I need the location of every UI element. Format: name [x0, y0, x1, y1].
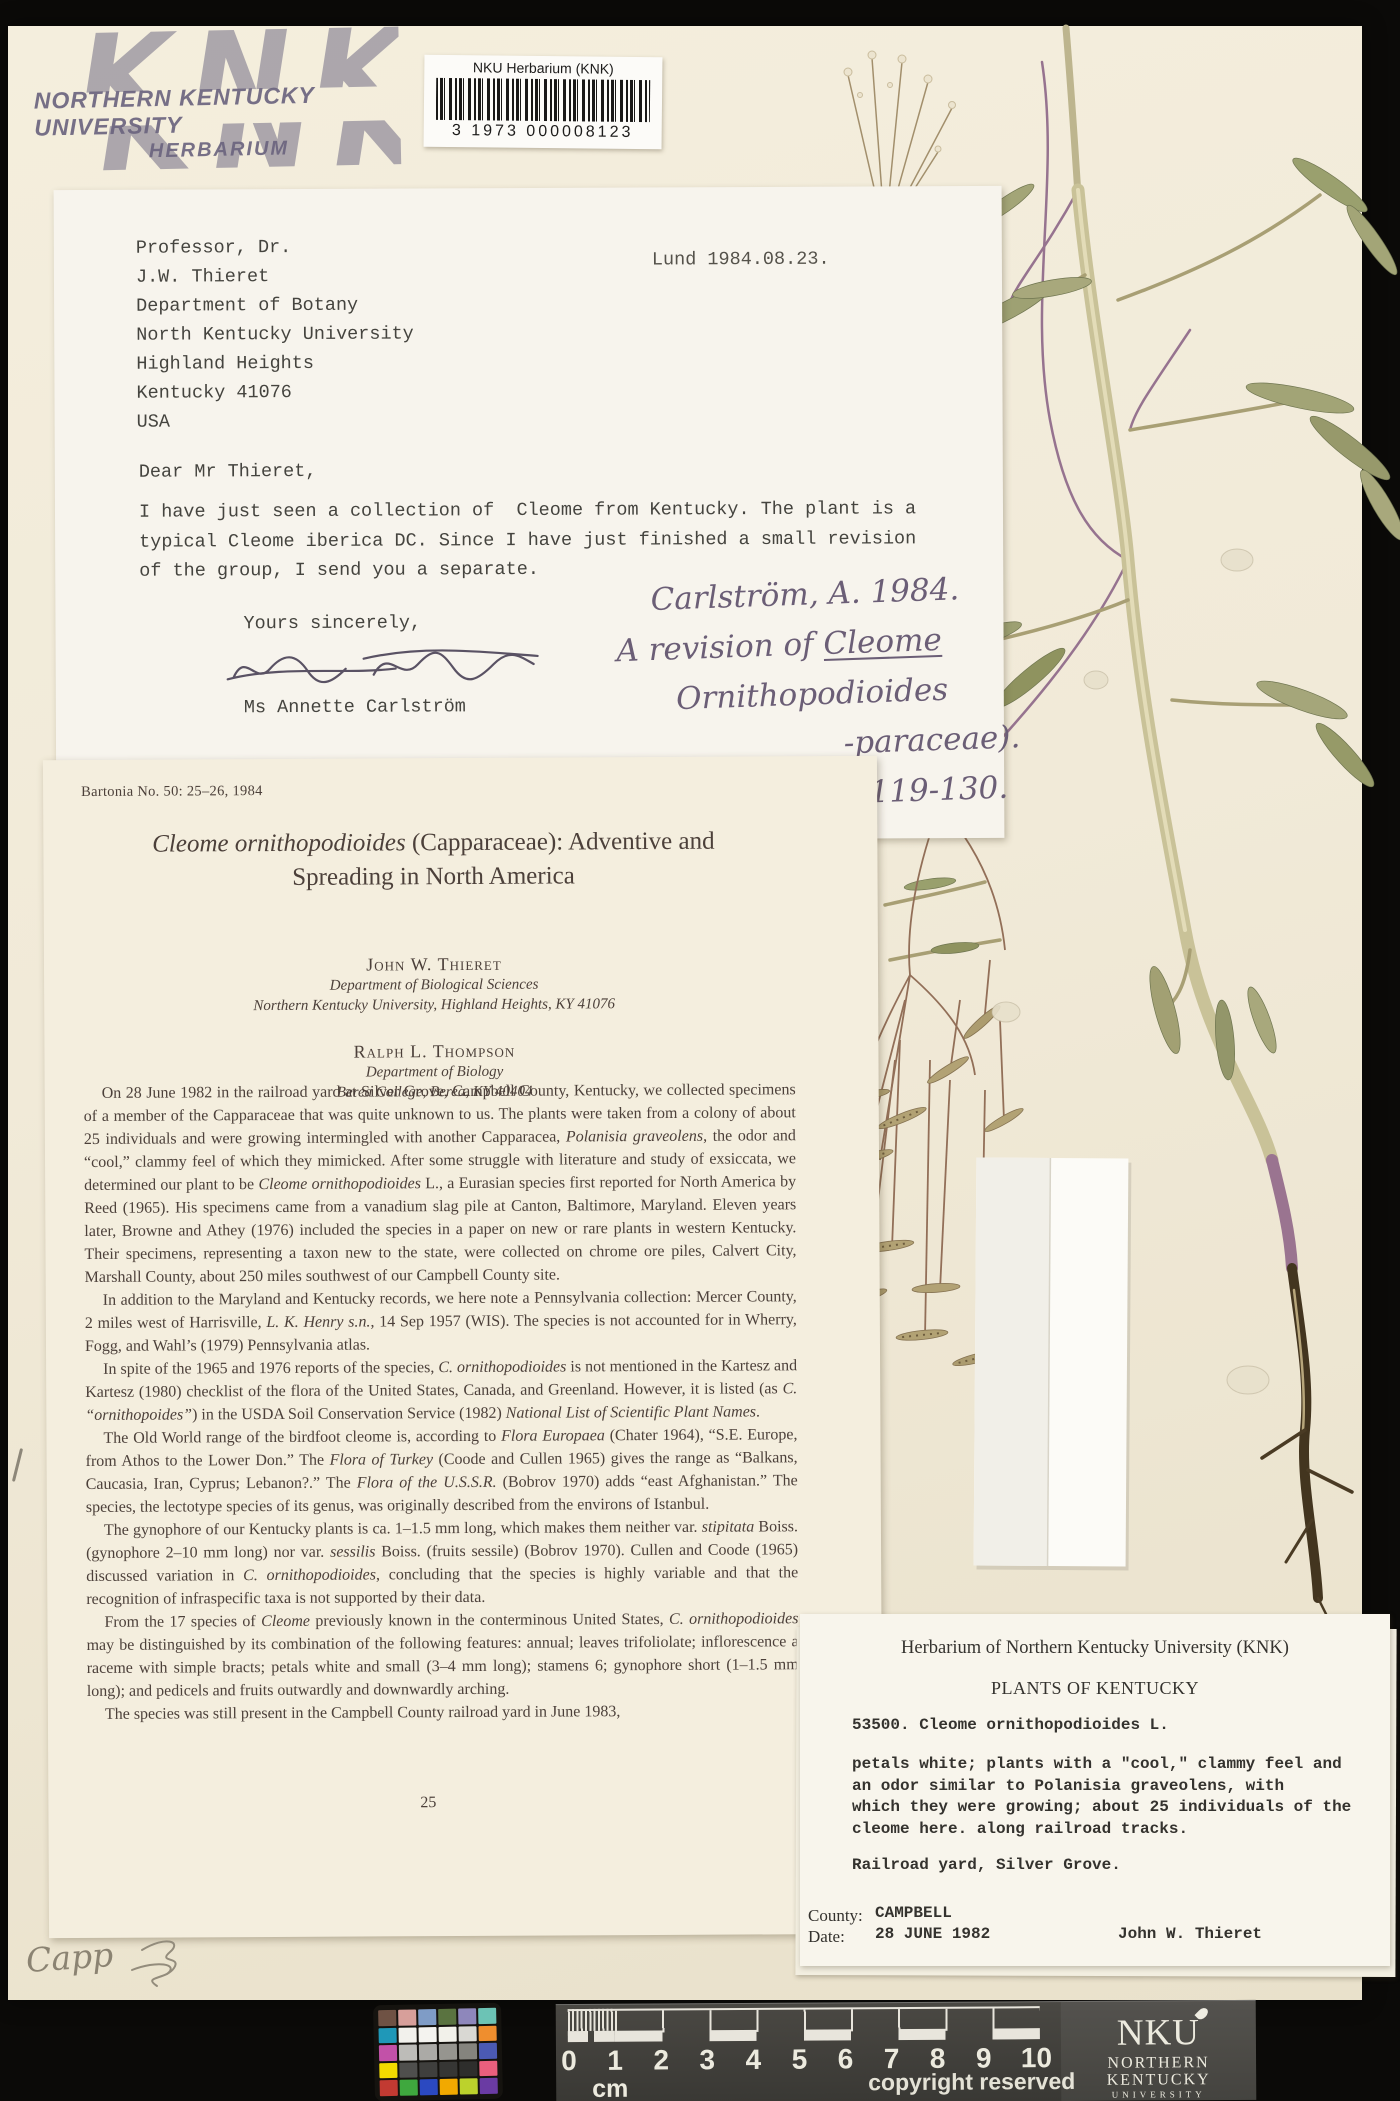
- label-collector: John W. Thieret: [1118, 1925, 1262, 1943]
- scale-ruler: 012345678910 cm copyright reserved NKU N…: [556, 2000, 1257, 2101]
- letter-closing: Yours sincerely,: [243, 612, 421, 634]
- label-locality: Railroad yard, Silver Grove.: [852, 1856, 1121, 1874]
- article-paragraph: In addition to the Maryland and Kentucky…: [85, 1285, 797, 1358]
- nku-logo: NKU NORTHERN KENTUCKY UNIVERSITY: [1061, 2001, 1257, 2101]
- specimen-label: Herbarium of Northern Kentucky Universit…: [800, 1614, 1390, 1966]
- ruler-unit: cm: [592, 2075, 628, 2101]
- article-paragraph: From the 17 species of Cleome previously…: [86, 1607, 798, 1703]
- letter-signature-name: Ms Annette Carlström: [244, 696, 466, 718]
- article-title: Cleome ornithopodioides (Capparaceae): A…: [103, 824, 763, 895]
- barcode-label: NKU Herbarium (KNK) 3 1973 000008123: [424, 55, 663, 149]
- reprint-article: Bartonia No. 50: 25–26, 1984 Cleome orni…: [43, 756, 883, 1938]
- journal-citation-line: Bartonia No. 50: 25–26, 1984: [81, 783, 263, 801]
- label-date-value: 28 JUNE 1982: [875, 1925, 990, 1943]
- herbarium-stamp: KNK KNK NORTHERN KENTUCKY UNIVERSITY HER…: [18, 24, 401, 192]
- nku-line3: UNIVERSITY: [1061, 2088, 1256, 2101]
- copyright-text: copyright reserved: [868, 2068, 1075, 2096]
- label-header: Herbarium of Northern Kentucky Universit…: [800, 1638, 1390, 1659]
- page-number: 25: [48, 1792, 808, 1814]
- label-series-title: PLANTS OF KENTUCKY: [800, 1678, 1390, 1699]
- article-paragraph: The Old World range of the birdfoot cleo…: [85, 1423, 797, 1519]
- barcode-title: NKU Herbarium (KNK): [424, 59, 662, 77]
- nku-line2: KENTUCKY: [1061, 2071, 1256, 2089]
- label-date-caption: Date:: [808, 1927, 845, 1947]
- ruler-mm-ticks: [568, 2009, 615, 2031]
- label-notes: petals white; plants with a "cool," clam…: [852, 1754, 1351, 1840]
- color-checker-card: [373, 2003, 503, 2101]
- article-paragraph: In spite of the 1965 and 1976 reports of…: [85, 1354, 797, 1427]
- author-block: John W. Thieret Department of Biological…: [84, 952, 784, 1017]
- label-county-value: CAMPBELL: [875, 1904, 952, 1922]
- label-county-caption: County:: [808, 1906, 863, 1926]
- article-paragraph: The species was still present in the Cam…: [87, 1699, 799, 1726]
- ruler-alternating-bar: [568, 2028, 1040, 2042]
- citation-line: -paraceae).: [843, 710, 1091, 769]
- article-paragraph: The gynophore of our Kentucky plants is …: [86, 1515, 798, 1611]
- ruler-first-cm-bar: [568, 2031, 615, 2042]
- barcode-number: 3 1973 000008123: [424, 122, 662, 142]
- letter-recipient-address: Professor, Dr.J.W. ThieretDepartment of …: [136, 233, 414, 437]
- label-accession-species: 53500. Cleome ornithopodioides L.: [852, 1716, 1169, 1734]
- article-body: On 28 June 1982 in the railroad yard at …: [84, 1078, 799, 1726]
- herbarium-sheet-photo: KNK KNK NORTHERN KENTUCKY UNIVERSITY HER…: [0, 0, 1400, 2101]
- barcode-icon: [436, 78, 650, 122]
- nku-line1: NORTHERN: [1061, 2054, 1256, 2072]
- stamp-text: NORTHERN KENTUCKY UNIVERSITY HERBARIUM: [20, 80, 402, 166]
- nku-acronym: NKU: [1117, 2011, 1200, 2055]
- stamp-line1: NORTHERN KENTUCKY UNIVERSITY: [20, 80, 401, 142]
- author-institution: Northern Kentucky University, Highland H…: [84, 993, 784, 1017]
- pencil-scribble-icon: [112, 1930, 192, 2005]
- article-paragraph: On 28 June 1982 in the railroad yard at …: [84, 1078, 797, 1289]
- letter-salutation: Dear Mr Thieret,: [139, 461, 317, 483]
- pencil-annotation-capp: Capp: [25, 1935, 115, 1980]
- letter-date: Lund 1984.08.23.: [652, 249, 830, 271]
